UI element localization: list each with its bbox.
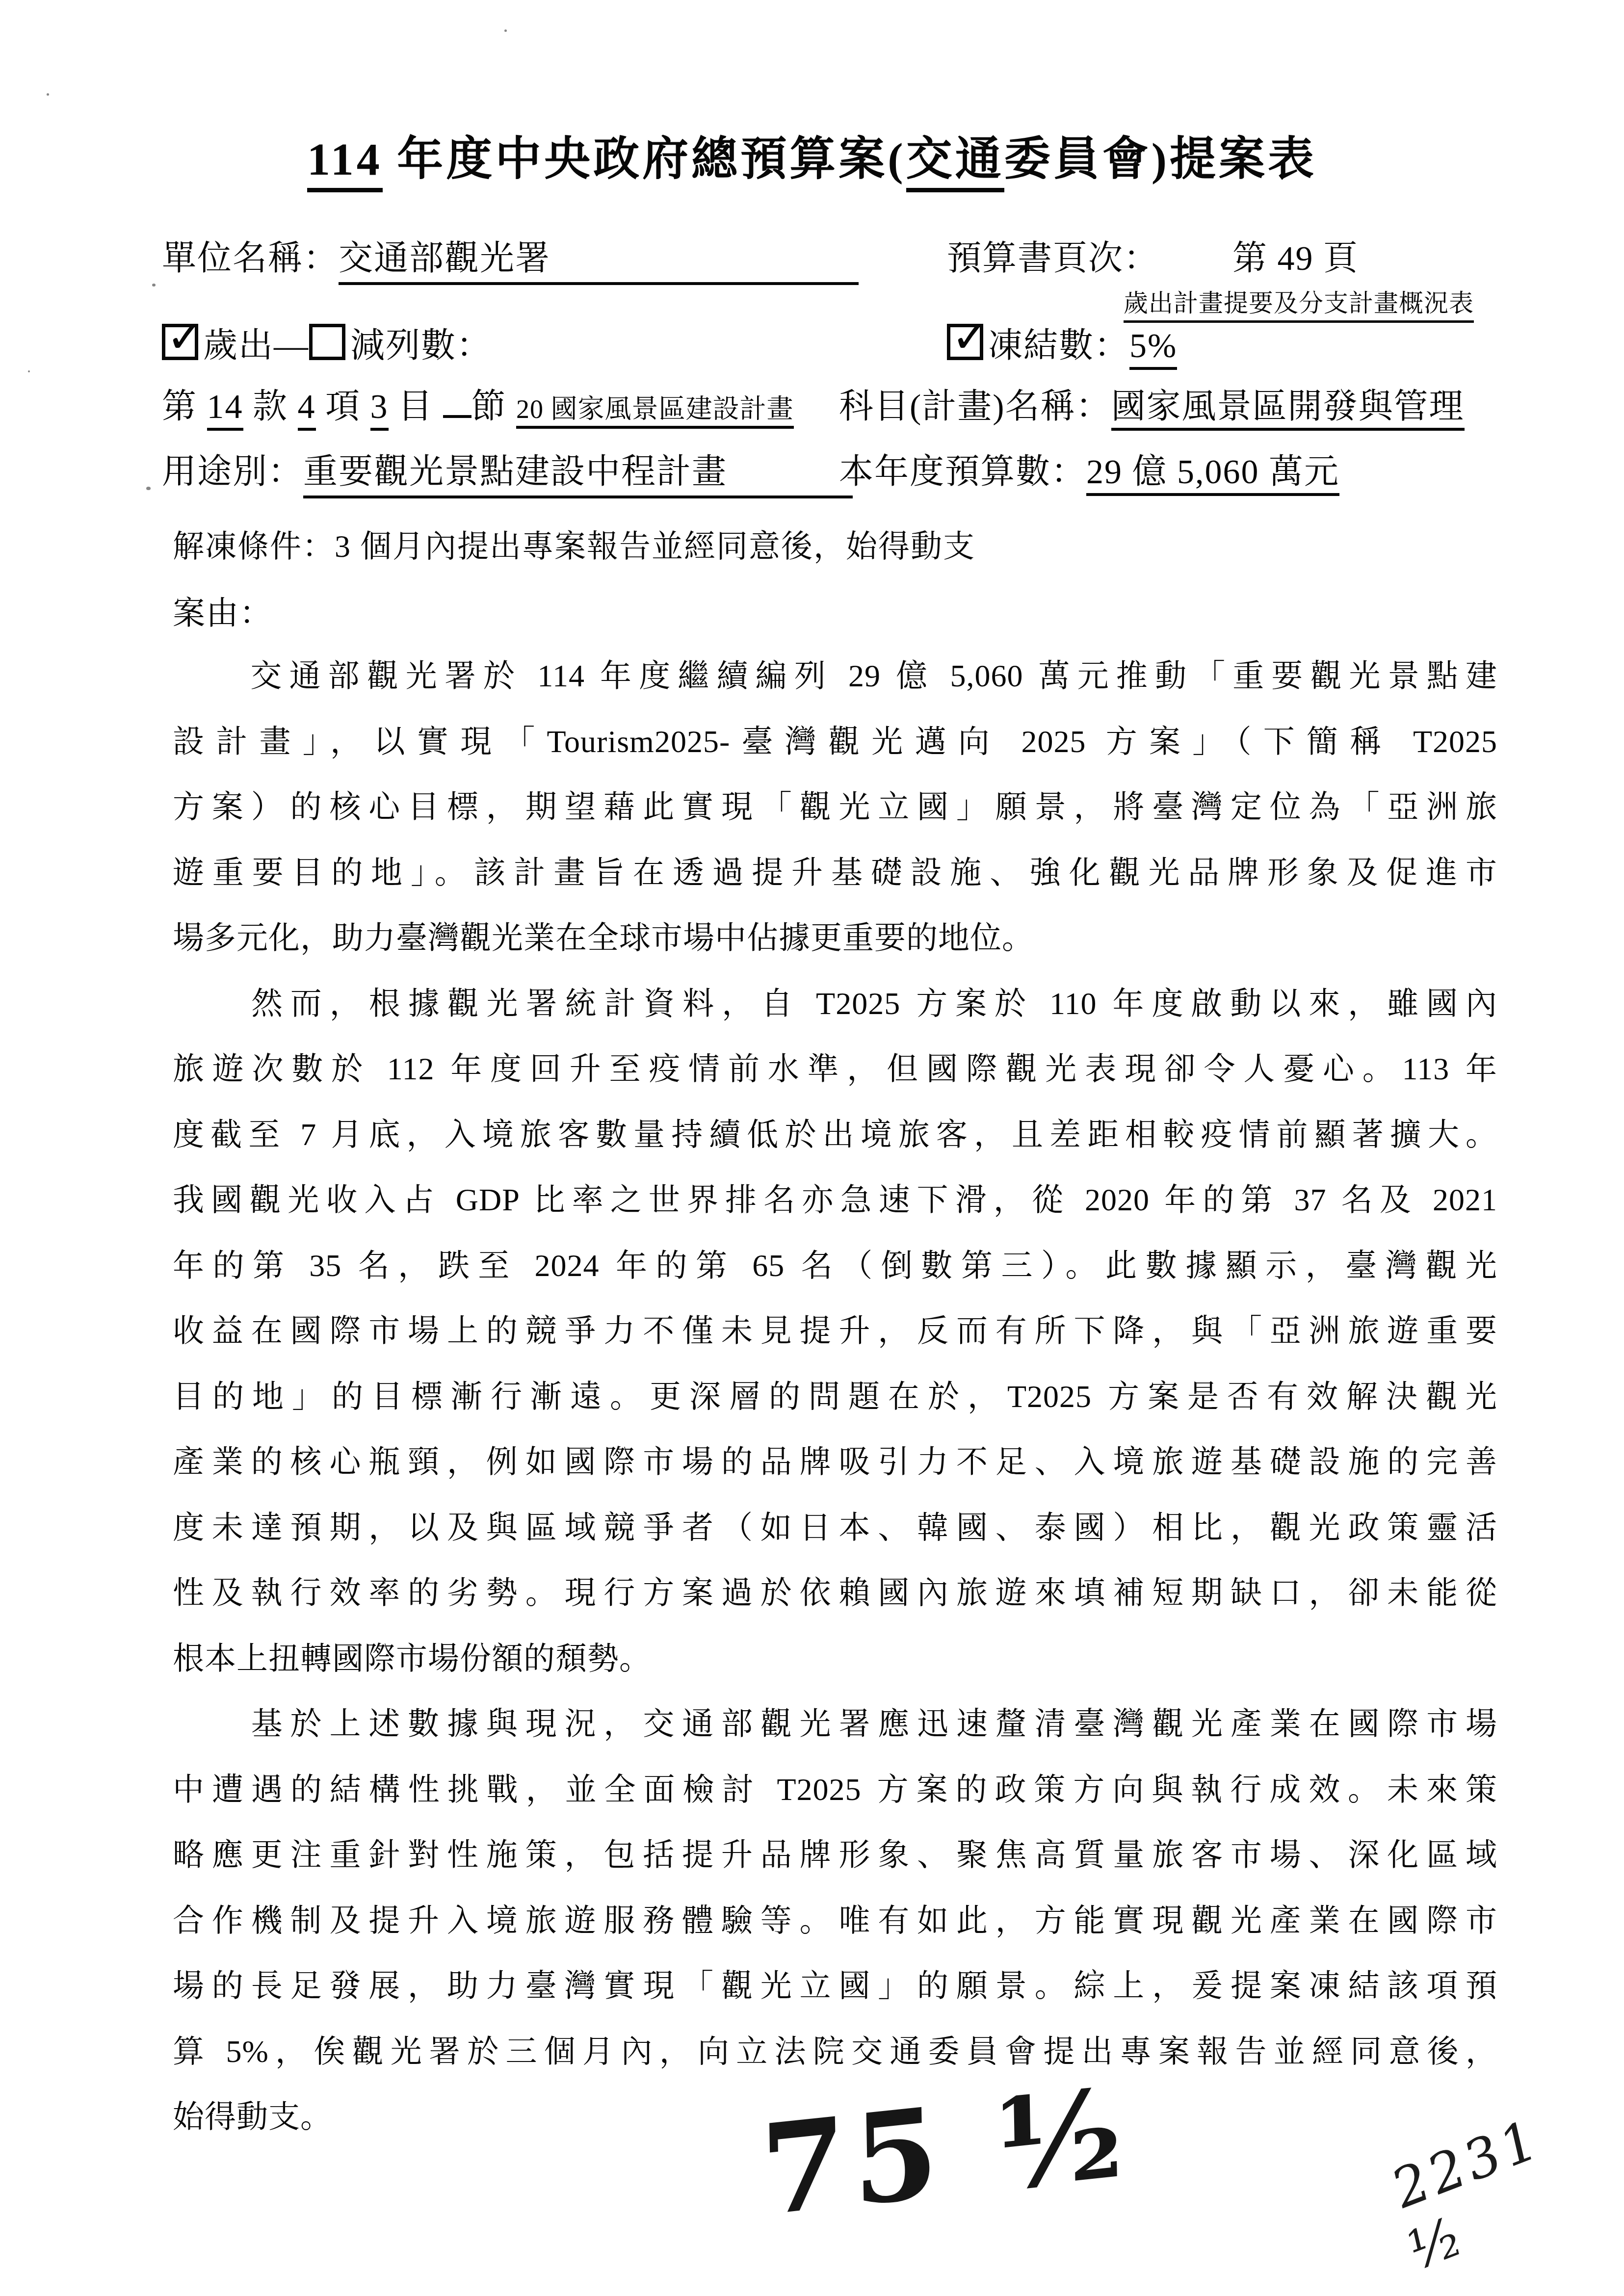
mu-label: 目	[398, 388, 433, 426]
body-line: 遊重要目的地」。該計畫旨在透過提升基礎設施、強化觀光品牌形象及促進市	[173, 840, 1497, 906]
unfreeze-condition-line: 解凍條件：3 個月內提出專案報告並經同意後，始得動支	[173, 521, 975, 566]
body-line: 度未達預期，以及與區域競爭者（如日本、韓國、泰國）相比，觀光政策靈活	[173, 1495, 1497, 1561]
usage-label: 用途別：	[162, 453, 303, 491]
checked-checkbox-icon	[947, 324, 983, 360]
title-mid: 年度中央政府總預算案(	[383, 134, 906, 185]
body-line: 目的地」的目標漸行漸遠。更深層的問題在於，T2025 方案是否有效解決觀光	[173, 1364, 1497, 1430]
xiang-value: 4	[298, 388, 316, 431]
body-line: 場的長足發展，助力臺灣實現「觀光立國」的願景。綜上，爰提案凍結該項預	[173, 1953, 1497, 2019]
budget-item-prefix: 第	[162, 388, 197, 426]
body-line: 合作機制及提升入境旅遊服務體驗等。唯有如此，方能實現觀光產業在國際市	[173, 1888, 1497, 1954]
freeze-label: 凍結數：	[988, 327, 1129, 365]
jie-value: 20 國家風景區建設計畫	[516, 394, 794, 429]
subject-value: 國家風景區開發與管理	[1111, 388, 1465, 431]
title-year: 114	[307, 134, 383, 192]
kuan-value: 14	[207, 388, 243, 431]
scan-speck	[47, 93, 49, 96]
subject-row: 科目(計畫)名稱：國家風景區開發與管理	[839, 379, 1465, 428]
usage-value: 重要觀光景點建設中程計畫	[303, 444, 853, 498]
title-committee: 交通	[906, 134, 1004, 192]
budget-page-note: 歲出計畫提要及分支計畫概況表	[1124, 284, 1474, 323]
body-line: 我國觀光收入占 GDP 比率之世界排名亦急速下滑，從 2020 年的第 37 名…	[173, 1167, 1497, 1233]
expenditure-label: 歲出	[203, 327, 274, 365]
body-line: 年的第 35 名，跌至 2024 年的第 65 名（倒數第三）。此數據顯示，臺灣…	[173, 1233, 1497, 1299]
subject-label: 科目(計畫)名稱：	[839, 388, 1111, 426]
body-line: 略應更注重針對性施策，包括提升品牌形象、聚焦高質量旅客市場、深化區域	[173, 1822, 1497, 1888]
body-line: 性及執行效率的劣勢。現行方案過於依賴國內旅遊來填補短期缺口，卻未能從	[173, 1560, 1497, 1626]
case-label: 案由：	[173, 587, 273, 633]
body-line: 中遭遇的結構性挑戰，並全面檢討 T2025 方案的政策方向與執行成效。未來策	[173, 1757, 1497, 1823]
budget-page-label: 預算書頁次：	[947, 240, 1159, 278]
annual-budget-label: 本年度預算數：	[839, 453, 1086, 491]
body-line: 基於上述數據與現況，交通部觀光署應迅速釐清臺灣觀光產業在國際市場	[173, 1691, 1497, 1757]
freeze-value: 5%	[1129, 327, 1177, 370]
case-body: 交通部觀光署於 114 年度繼續編列 29 億 5,060 萬元推動「重要觀光景…	[173, 643, 1497, 2150]
budget-item-row: 第 14 款 4 項 3 目 節 20 國家風景區建設計畫	[162, 379, 794, 428]
jie-label: 節	[471, 388, 507, 426]
usage-row: 用途別：重要觀光景點建設中程計畫	[162, 444, 853, 498]
body-line: 方案）的核心目標，期望藉此實現「觀光立國」願景，將臺灣定位為「亞洲旅	[173, 774, 1497, 840]
body-line: 算 5%，俟觀光署於三個月內，向立法院交通委員會提出專案報告並經同意後，	[173, 2019, 1497, 2085]
body-line: 產業的核心瓶頸，例如國際市場的品牌吸引力不足、入境旅遊基礎設施的完善	[173, 1429, 1497, 1495]
budget-page-value: 第 49 頁	[1232, 240, 1359, 278]
freeze-checkbox-row: 凍結數：5%	[947, 318, 1177, 367]
scan-speck	[504, 29, 507, 32]
annual-budget-row: 本年度預算數：29 億 5,060 萬元	[839, 444, 1339, 494]
scanned-proposal-form: 114 年度中央政府總預算案(交通委員會)提案表 單位名稱：交通部觀光署 預算書…	[0, 0, 1624, 2296]
scan-speck	[152, 284, 156, 287]
scan-speck	[28, 370, 30, 372]
reduction-label: 減列數：	[350, 327, 492, 365]
jie-blank-underline	[443, 389, 471, 418]
page-title: 114 年度中央政府總預算案(交通委員會)提案表	[0, 122, 1624, 188]
unit-name-value: 交通部觀光署	[339, 231, 859, 285]
body-line: 交通部觀光署於 114 年度繼續編列 29 億 5,060 萬元推動「重要觀光景…	[173, 643, 1497, 709]
body-line: 收益在國際市場上的競爭力不僅未見提升，反而有所下降，與「亞洲旅遊重要	[173, 1298, 1497, 1364]
mu-value: 3	[370, 388, 389, 431]
xiang-label: 項	[325, 388, 361, 426]
body-line: 度截至 7 月底，入境旅客數量持續低於出境旅客，且差距相較疫情前顯著擴大。	[173, 1102, 1497, 1168]
expenditure-checkbox-row: 歲出—減列數：	[162, 318, 492, 367]
dash: —	[274, 327, 309, 365]
annual-budget-value: 29 億 5,060 萬元	[1086, 453, 1339, 496]
unit-name-row: 單位名稱：交通部觀光署	[162, 231, 859, 285]
title-tail: 委員會)提案表	[1004, 134, 1317, 185]
body-line: 然而，根據觀光署統計資料，自 T2025 方案於 110 年度啟動以來，雖國內	[173, 971, 1497, 1037]
scan-speck	[146, 487, 151, 490]
body-line: 設計畫」，以實現「Tourism2025-臺灣觀光邁向 2025 方案」（下簡稱…	[173, 709, 1497, 775]
body-line: 場多元化，助力臺灣觀光業在全球市場中佔據更重要的地位。	[173, 905, 1497, 971]
unchecked-checkbox-icon	[309, 324, 345, 360]
checked-checkbox-icon	[162, 324, 198, 360]
budget-page-row: 預算書頁次：第 49 頁	[947, 231, 1359, 280]
unit-name-label: 單位名稱：	[162, 240, 339, 278]
body-line: 旅遊次數於 112 年度回升至疫情前水準，但國際觀光表現卻令人憂心。113 年	[173, 1036, 1497, 1102]
body-line: 根本上扭轉國際市場份額的頹勢。	[173, 1626, 1497, 1692]
kuan-label: 款	[253, 388, 288, 426]
